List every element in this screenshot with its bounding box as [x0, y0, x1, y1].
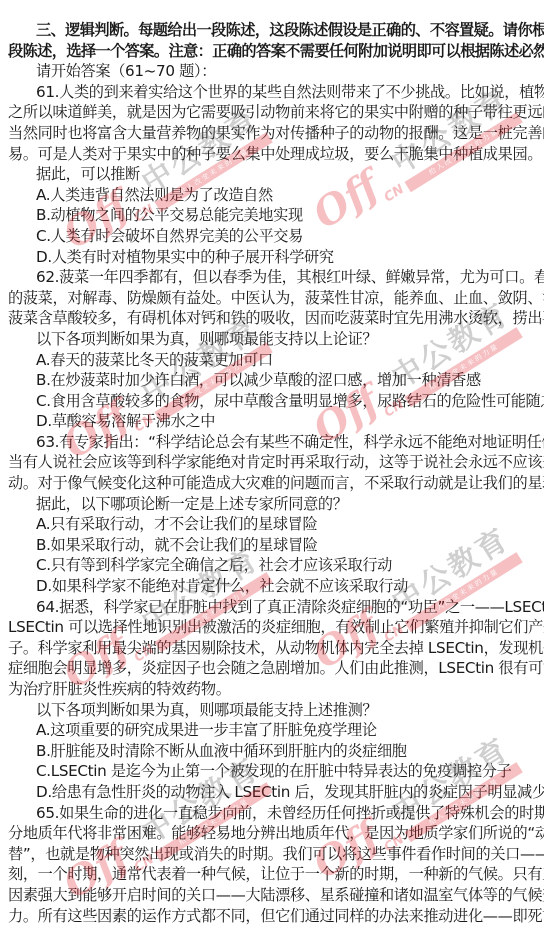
question-stem-line: 替”，也就是物种突然出现或消失的时期。我们可以将这些事件看作时间的关口——在那一	[8, 844, 544, 865]
option-a: A.只有采取行动，才不会让我们的星球冒险	[8, 514, 544, 535]
document-page: 三、逻辑判断。每题给出一段陈述，这段陈述假设是正确的、不容置疑。请你根据这 段陈…	[8, 20, 544, 926]
question-stem-line: 的菠菜，对解毒、防燥颇有益处。中医认为，菠菜性甘凉，能养血、止血、敛阴、润燥。因	[8, 288, 544, 309]
option-d: D.人类有时对植物果实中的种子展开科学研究	[8, 247, 544, 268]
option-c: C.只有等到科学家完全确信之后，社会才应该采取行动	[8, 555, 544, 576]
question-63: 63.有专家指出：“科学结论总会有某些不确定性，科学永远不能绝对地证明任何事情。…	[8, 432, 544, 597]
question-stem-line: 63.有专家指出：“科学结论总会有某些不确定性，科学永远不能绝对地证明任何事情。	[8, 432, 544, 453]
option-d: D.如果科学家不能绝对肯定什么，社会就不应该采取行动	[8, 576, 544, 597]
section-heading-line-2: 段陈述，选择一个答案。注意：正确的答案不需要任何附加说明即可以根据陈述必然推出。	[8, 41, 544, 62]
question-stem-line: 64.据悉，科学家已在肝脏中找到了真正清除炎症细胞的“功臣”之一——LSECti…	[8, 597, 544, 618]
question-stem-line: 61.人类的到来着实给这个世界的某些自然法则带来了不少挑战。比如说，植物的果实	[8, 82, 544, 103]
question-prompt: 据此，可以推断	[8, 164, 544, 185]
question-stem-line: 当然同时也将富含大量营养物的果实作为对传播种子的动物的报酬。这是一桩完善的公平交	[8, 123, 544, 144]
answer-instruction: 请开始答案（61~70 题）：	[8, 61, 544, 82]
question-stem-line: LSECtin 可以选择性地识别出被激活的炎症细胞，有效制止它们繁殖并抑制它们产…	[8, 617, 544, 638]
option-c: C.食用含草酸较多的食物，尿中草酸含量明显增多，尿路结石的危险性可能随之增加	[8, 391, 544, 412]
question-61: 61.人类的到来着实给这个世界的某些自然法则带来了不少挑战。比如说，植物的果实 …	[8, 82, 544, 267]
option-c: C.人类有时会破坏自然界完美的公平交易	[8, 226, 544, 247]
option-b: B.肝脏能及时清除不断从血液中循环到肝脏内的炎症细胞	[8, 741, 544, 762]
option-c: C.LSECtin 是迄今为止第一个被发现的在肝脏中特异表达的免疫调控分子	[8, 761, 544, 782]
question-65: 65.如果生命的进化一直稳步向前，未曾经历任何挫折或提供了特殊机会的时期，要划 …	[8, 803, 544, 927]
question-stem-line: 子。科学家利用最尖端的基因剔除技术，从动物机体内完全去掉 LSECtin，发现机…	[8, 638, 544, 659]
question-stem-line: 分地质年代将非常困难。能够轻易地分辨出地质年代，是因为地质学家们所说的“动物群演	[8, 823, 544, 844]
option-d: D.给患有急性肝炎的动物注入 LSECtin 后，发现其肝脏内的炎症因子明显减少	[8, 782, 544, 803]
question-prompt: 以下各项判断如果为真，则哪项最能支持上述推测？	[8, 700, 544, 721]
section-heading-line-1: 三、逻辑判断。每题给出一段陈述，这段陈述假设是正确的、不容置疑。请你根据这	[8, 20, 544, 41]
question-64: 64.据悉，科学家已在肝脏中找到了真正清除炎症细胞的“功臣”之一——LSECti…	[8, 597, 544, 803]
option-a: A.这项重要的研究成果进一步丰富了肝脏免疫学理论	[8, 720, 544, 741]
question-stem-line: 易。可是人类对于果实中的种子要么集中处理成垃圾，要么干脆集中种植成果园。	[8, 144, 544, 165]
option-b: B.动植物之间的公平交易总能完美地实现	[8, 205, 544, 226]
question-prompt: 据此，以下哪项论断一定是上述专家所同意的？	[8, 494, 544, 515]
question-stem-line: 刻，一个时期，通常代表着一种气候，让位于一个新的时期，一种新的气候。只有三种变化	[8, 864, 544, 885]
question-stem-line: 当有人说社会应该等到科学家能绝对肯定时再采取行动，这等于说社会永远不应该采取行	[8, 452, 544, 473]
option-a: A.春天的菠菜比冬天的菠菜更加可口	[8, 350, 544, 371]
question-62: 62.菠菜一年四季都有，但以春季为佳，其根红叶绿、鲜嫩异常，尤为可口。春季上市 …	[8, 267, 544, 432]
option-d: D.草酸容易溶解于沸水之中	[8, 411, 544, 432]
question-stem-line: 症细胞会明显增多，炎症因子也会随之急剧增加。人们由此推测，LSECtin 很有可…	[8, 658, 544, 679]
question-stem-line: 力。所有这些因素的运作方式都不同，但它们通过同样的办法来推动进化——即死亡和机遇…	[8, 906, 544, 927]
question-stem-line: 之所以味道鲜美，就是因为它需要吸引动物前来将它的果实中附赠的种子带往更远的地方，	[8, 102, 544, 123]
question-stem-line: 为治疗肝脏炎性疾病的特效药物。	[8, 679, 544, 700]
question-stem-line: 因素强大到能够开启时间的关口——大陆漂移、星系碰撞和诸如温室气体等的气候变化动	[8, 885, 544, 906]
option-b: B.在炒菠菜时加少许白酒，可以减少草酸的涩口感，增加一种清香感	[8, 370, 544, 391]
option-a: A.人类违背自然法则是为了改造自然	[8, 185, 544, 206]
question-stem-line: 菠菜含草酸较多，有碍机体对钙和铁的吸收，因而吃菠菜时宜先用沸水烫软，捞出再炒。	[8, 308, 544, 329]
question-stem-line: 动。对于像气候变化这种可能造成大灾难的问题而言，不采取行动就是让我们的星球冒险。…	[8, 473, 544, 494]
option-b: B.如果采取行动，就不会让我们的星球冒险	[8, 535, 544, 556]
question-stem-line: 62.菠菜一年四季都有，但以春季为佳，其根红叶绿、鲜嫩异常，尤为可口。春季上市	[8, 267, 544, 288]
question-prompt: 以下各项判断如果为真，则哪项最能支持以上论证？	[8, 329, 544, 350]
question-stem-line: 65.如果生命的进化一直稳步向前，未曾经历任何挫折或提供了特殊机会的时期，要划	[8, 803, 544, 824]
